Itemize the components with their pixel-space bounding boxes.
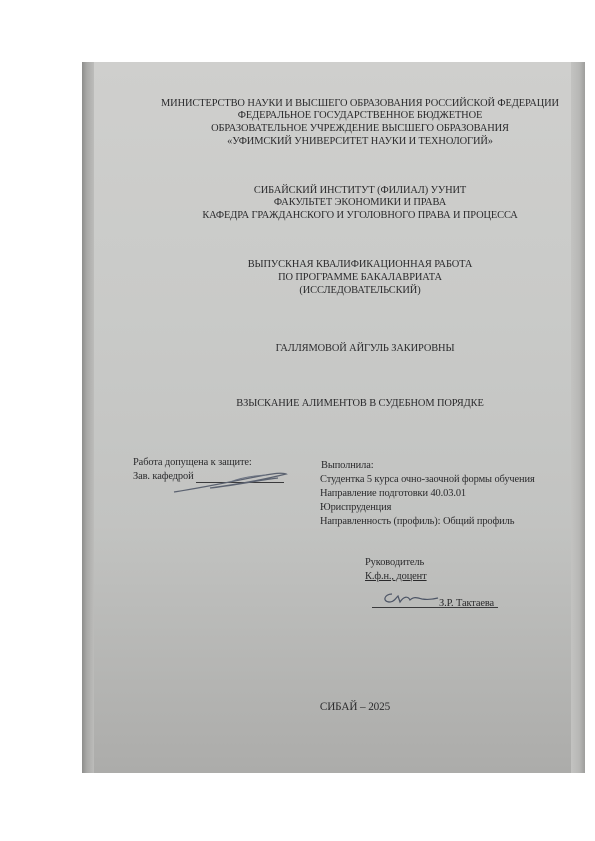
ministry-line-3: ОБРАЗОВАТЕЛЬНОЕ УЧРЕЖДЕНИЕ ВЫСШЕГО ОБРАЗ… [130, 122, 590, 136]
supervisor-name: З.Р. Тактаева [439, 597, 494, 611]
ministry-line-2: ФЕДЕРАЛЬНОЕ ГОСУДАРСТВЕННОЕ БЮДЖЕТНОЕ [130, 109, 590, 123]
supervisor-degree: К.ф.н., доцент [365, 570, 427, 584]
university-name: «УФИМСКИЙ УНИВЕРСИТЕТ НАУКИ И ТЕХНОЛОГИЙ… [130, 135, 590, 149]
supervisor-label: Руководитель [365, 556, 424, 570]
student-course: Студентка 5 курса очно-заочной формы обу… [320, 473, 535, 487]
department-name: КАФЕДРА ГРАЖДАНСКОГО И УГОЛОВНОГО ПРАВА … [170, 209, 550, 223]
study-direction: Направление подготовки 40.03.01 [320, 487, 466, 501]
work-type-line-1: ВЫПУСКНАЯ КВАЛИФИКАЦИОННАЯ РАБОТА [200, 258, 520, 272]
work-type-line-2: ПО ПРОГРАММЕ БАКАЛАВРИАТА [200, 271, 520, 285]
city-year: СИБАЙ – 2025 [300, 701, 410, 715]
author-name: ГАЛЛЯМОВОЙ АЙГУЛЬ ЗАКИРОВНЫ [200, 342, 530, 356]
supervisor-signature-icon [380, 590, 440, 608]
performed-by-label: Выполнила: [321, 459, 374, 473]
work-type-line-3: (ИССЛЕДОВАТЕЛЬСКИЙ) [200, 284, 520, 298]
background-shadow [575, 713, 585, 773]
head-signature-icon [170, 468, 290, 496]
document-photo [82, 62, 585, 773]
thesis-title: ВЗЫСКАНИЕ АЛИМЕНТОВ В СУДЕБНОМ ПОРЯДКЕ [190, 397, 530, 411]
faculty-name: ФАКУЛЬТЕТ ЭКОНОМИКИ И ПРАВА [170, 196, 550, 210]
specialty: Юриспруденция [320, 501, 391, 515]
profile: Направленность (профиль): Общий профиль [320, 515, 514, 529]
